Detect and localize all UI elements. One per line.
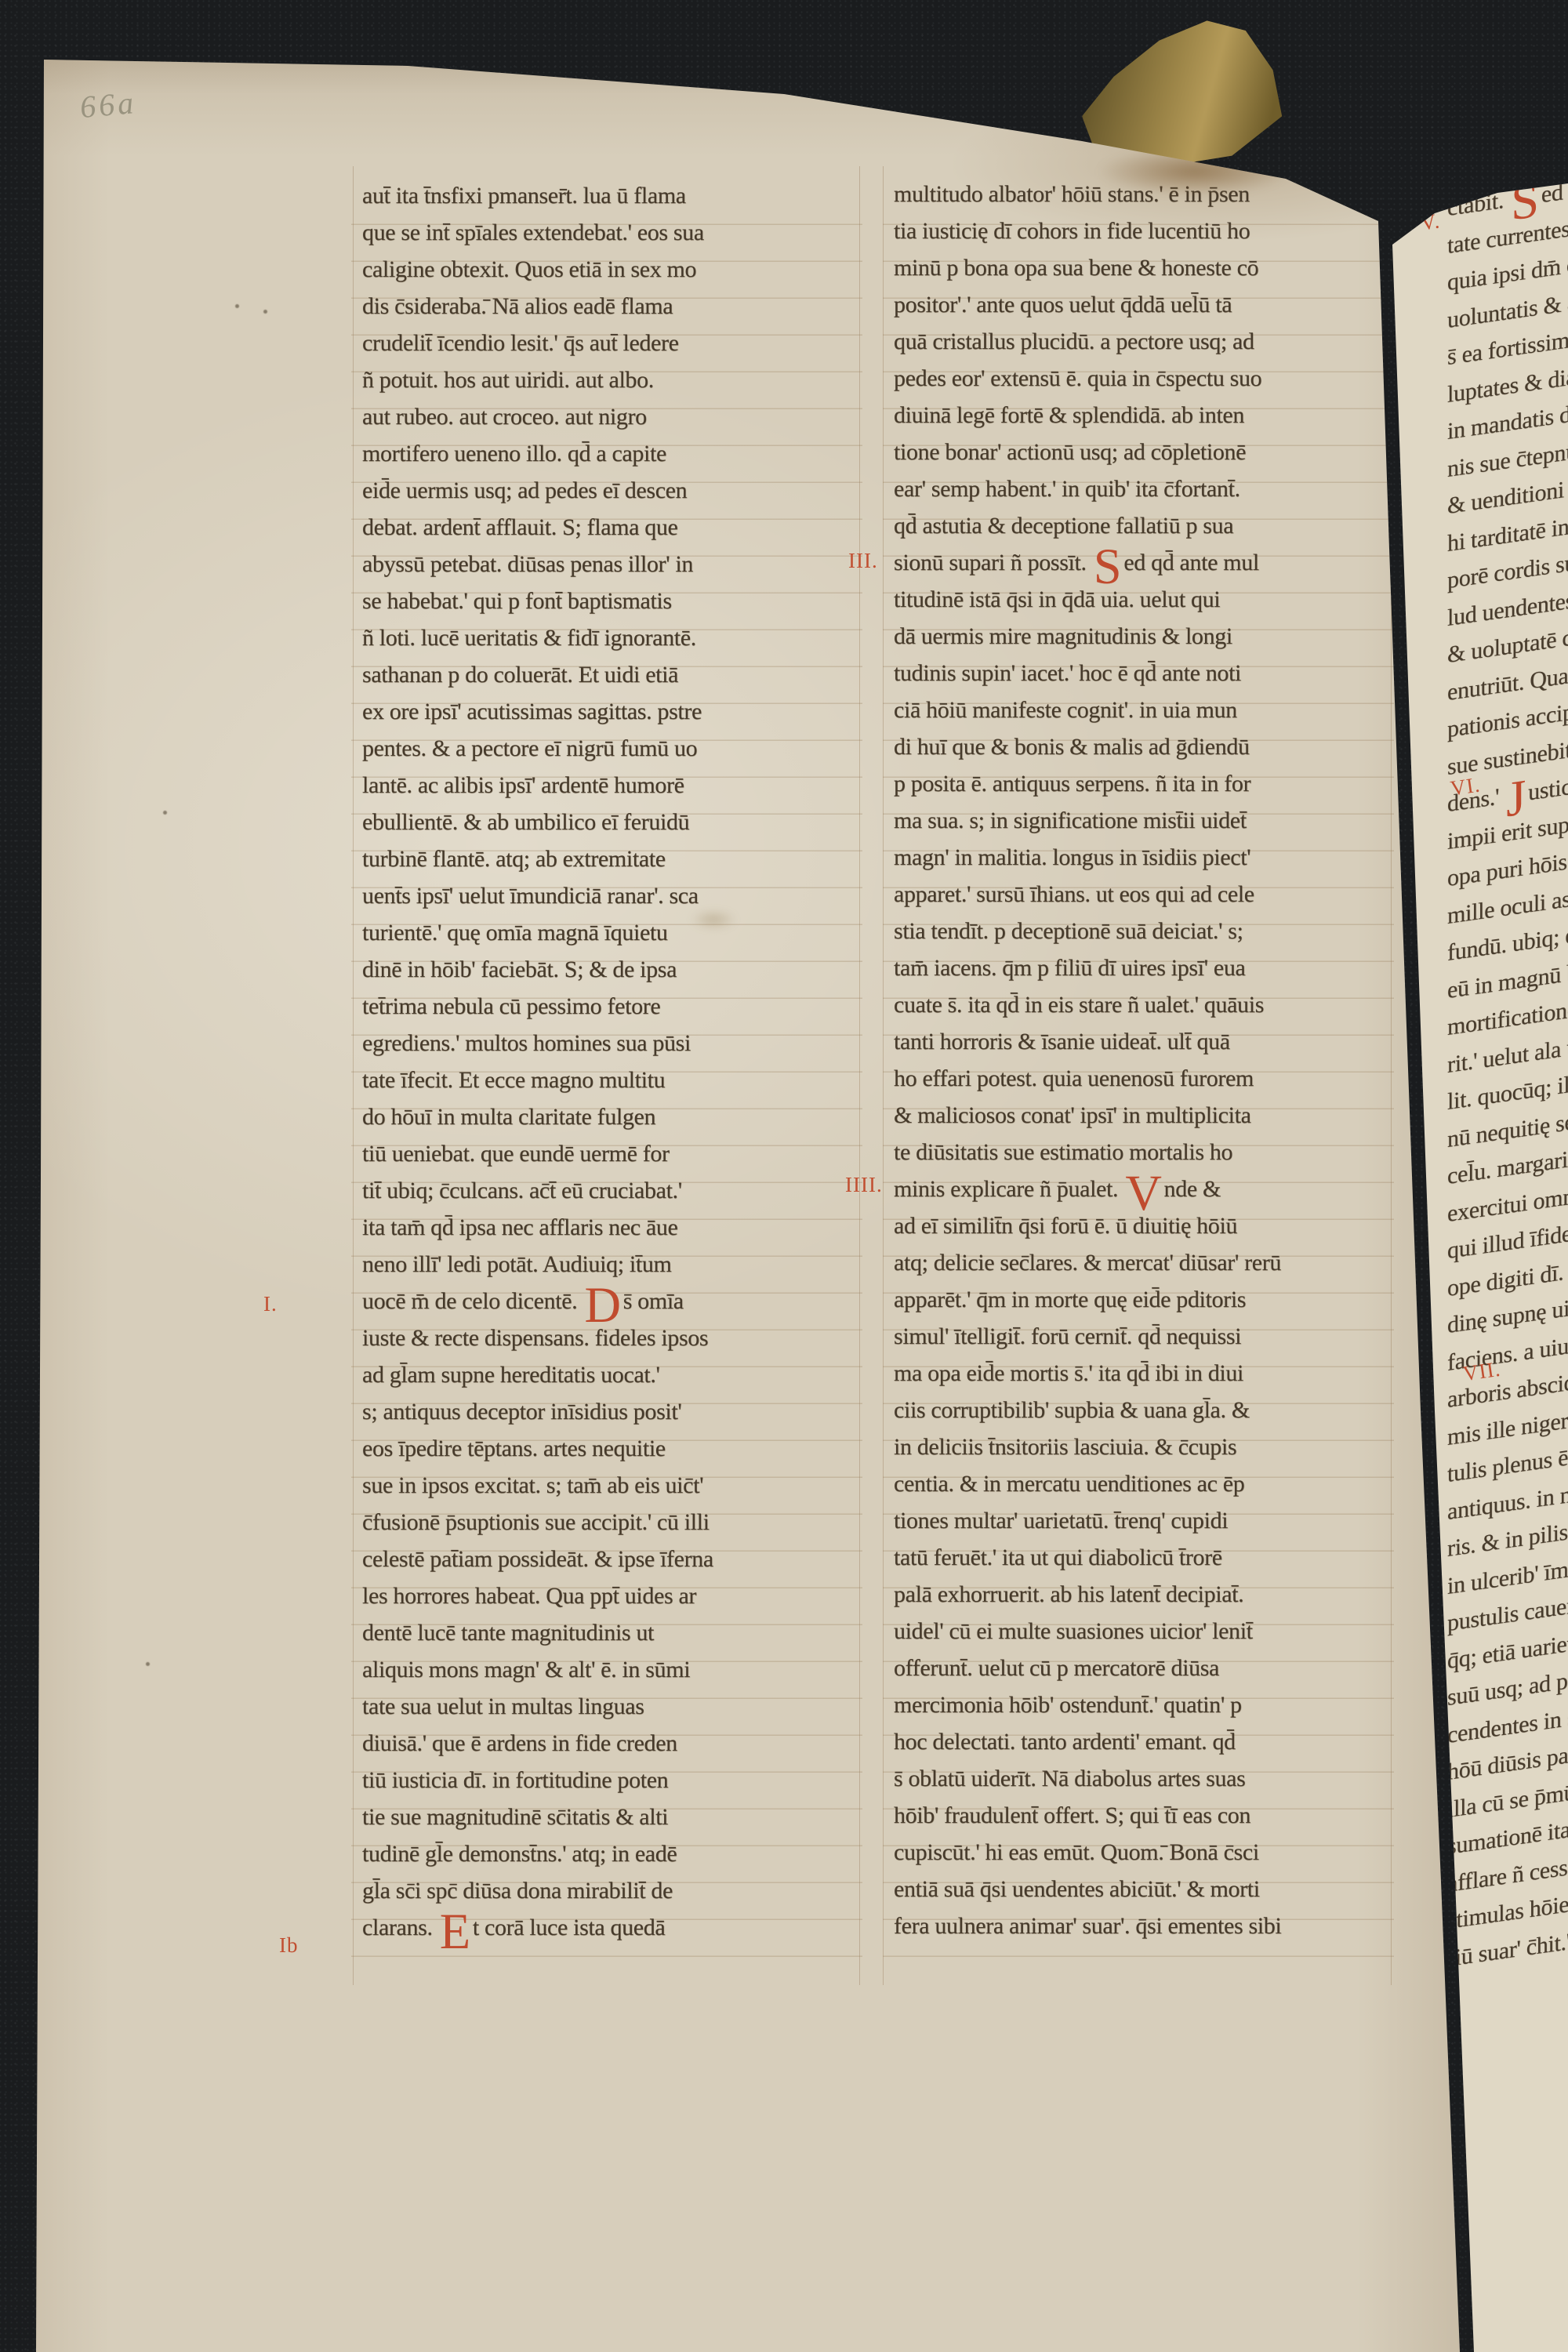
vertical-ruling — [353, 166, 354, 1985]
text-line: dinē in hōib' faciebāt. S; & de ipsa — [362, 951, 870, 988]
text-line: tione bonar' actionū usq; ad cōpletionē — [894, 434, 1402, 470]
text-line: tiones multar' uarietatū. t̄renq' cupidi — [894, 1502, 1402, 1539]
text-line: gl̄a sc̄i spc̄ diūsa dona mirabilit̄ de — [362, 1872, 870, 1909]
text-line: tudinē gl̄e demonst̄ns.' atq; in eadē — [362, 1835, 870, 1872]
text-line: egrediens.' multos homines sua pūsi — [362, 1025, 870, 1062]
marginal-numeral-i: I. — [263, 1292, 278, 1316]
text-line: lantē. ac alibis ipsī' ardentē humorē — [362, 767, 870, 804]
text-line: positor'.' ante quos uelut q̄ddā uel̄ū t… — [894, 286, 1402, 323]
text-line: crudelit̄ īcendio lesit.' q̄s aut̄ leder… — [362, 325, 870, 361]
speck — [163, 811, 167, 815]
text-line: s; antiquus deceptor inīsidius posit' — [362, 1393, 870, 1430]
text-line: uidel' cū ei multe suasiones uicior' len… — [894, 1613, 1402, 1650]
marginal-numeral-iii: III. — [848, 549, 878, 573]
text-line: minū p bona opa sua bene & honeste cō — [894, 249, 1402, 286]
text-line: di huī que & bonis & malis ad ḡdiendū — [894, 728, 1402, 765]
text-line: abyssū petebat. diūsas penas illor' in — [362, 546, 870, 583]
text-line: quā cristallus plucidū. a pectore usq; a… — [894, 323, 1402, 360]
text-line: ad eī similit̄n q̄si forū ē. ū diuitię h… — [894, 1207, 1402, 1244]
text-line: les horrores habeat. Qua ppt̄ uides ar — [362, 1577, 870, 1614]
text-line: ebullientē. & ab umbilico eī feruidū — [362, 804, 870, 840]
text-line: s̄ oblatū uiderīt. Nā diabolus artes sua… — [894, 1760, 1402, 1797]
speck — [146, 1662, 150, 1666]
text-line: caligine obtexit. Quos etiā in sex mo — [362, 251, 870, 288]
text-line: ita tam̄ qd̄ ipsa nec afflaris nec āue — [362, 1209, 870, 1246]
text-column-1: aut̄ ita t̄nsfixi pmanser̄t. lua ū flama… — [362, 177, 870, 1946]
text-line: sionū supari ñ possīt. Sed qd̄ ante mul — [894, 544, 1402, 581]
left-page: 66a aut̄ ita t̄nsfixi pmanser̄t. lua ū f… — [0, 0, 1568, 2352]
text-line: offerunt̄. uelut cū p mercatorē diūsa — [894, 1650, 1402, 1686]
text-line: c̄fusionē p̄suptionis sue accipit.' cū i… — [362, 1504, 870, 1541]
text-line: tate īfecit. Et ecce magno multitu — [362, 1062, 870, 1098]
text-line: aut̄ ita t̄nsfixi pmanser̄t. lua ū flama — [362, 177, 870, 214]
folio-number: 66a — [78, 84, 138, 125]
text-line: apparet.' sursū īhians. ut eos qui ad ce… — [894, 876, 1402, 913]
text-line: diuinā legē fortē & splendidā. ab inten — [894, 397, 1402, 434]
text-line: clarans. Et corā luce ista quedā — [362, 1909, 870, 1946]
text-line: ma opa eid̄e mortis s̄.' ita qd̄ ibi in … — [894, 1355, 1402, 1392]
text-line: tudinis supin' iacet.' hoc ē qd̄ ante no… — [894, 655, 1402, 691]
marginal-numeral-v: V. — [1419, 209, 1442, 235]
text-line: hōib' fraudulent̄ offert. S; qui t̄ī eas… — [894, 1797, 1402, 1834]
marginal-numeral-iiii: IIII. — [845, 1173, 883, 1197]
text-line: palā exhorruerit. ab his latent̄ decipia… — [894, 1576, 1402, 1613]
text-line: eid̄e uermis usq; ad pedes eī descen — [362, 472, 870, 509]
text-line: ñ loti. lucē ueritatis & fidī ignorantē. — [362, 619, 870, 656]
text-line: tam̄ iacens. q̄m p filiū dī uires ipsī' … — [894, 949, 1402, 986]
text-line: atq; delicie sec̄lares. & mercat' diūsar… — [894, 1244, 1402, 1281]
text-line: tiū ueniebat. que eundē uermē for — [362, 1135, 870, 1172]
text-line: stia tendīt. p deceptionē suā deiciat.' … — [894, 913, 1402, 949]
manuscript-page-photo: 66a aut̄ ita t̄nsfixi pmanser̄t. lua ū f… — [0, 0, 1568, 2352]
text-line: sathanan p do coluerāt. Et uidi etiā — [362, 656, 870, 693]
text-line: dis c̄sideraba.̄ Nā alios eadē flama — [362, 288, 870, 325]
marginal-numeral-vi: VI. — [1449, 772, 1482, 800]
text-line: qd̄ astutia & deceptione fallatiū p sua — [894, 507, 1402, 544]
text-line: hoc delectati. tanto ardenti' emant. qd̄ — [894, 1723, 1402, 1760]
text-line: tit̄ ubiq; c̄culcans. ac̄t̄ eū cruciabat… — [362, 1172, 870, 1209]
text-line: magn' in malitia. longus in īsidiis piec… — [894, 839, 1402, 876]
text-line: tate sua uelut in multas linguas — [362, 1688, 870, 1725]
text-line: diuisā.' que ē ardens in fide creden — [362, 1725, 870, 1762]
text-line: cuate s̄. ita qd̄ in eis stare ñ ualet.'… — [894, 986, 1402, 1023]
text-line: ciā hōiū manifeste cognit'. in uia mun — [894, 691, 1402, 728]
marginal-numeral-ib: Ib — [279, 1933, 299, 1958]
text-line: ad gl̄am supne hereditatis uocat.' — [362, 1356, 870, 1393]
text-line: iuste & recte dispensans. fideles ipsos — [362, 1319, 870, 1356]
text-line: que se int̄ spīales extendebat.' eos sua — [362, 214, 870, 251]
stain — [690, 909, 737, 930]
text-line: ex ore ipsī' acutissimas sagittas. pstre — [362, 693, 870, 730]
facing-page-text: c̄tabit. Sed ibitate currentes. rquia ip… — [1447, 165, 1568, 1977]
text-column-2: multitudo albator' hōiū stans.' ē in p̄s… — [894, 176, 1402, 1944]
text-line: celestē pat̄iam possideāt. & ipse īferna — [362, 1541, 870, 1577]
text-line: se habebat.' qui p font̄ baptismatis — [362, 583, 870, 619]
text-line: tie sue magnitudinē sc̄itatis & alti — [362, 1798, 870, 1835]
text-line: & maliciosos conat' ipsī' in multiplicit… — [894, 1097, 1402, 1134]
text-line: tia iusticię dī cohors in fide lucentiū … — [894, 212, 1402, 249]
text-line: uocē m̄ de celo dicentē. Ds̄ omīa — [362, 1283, 870, 1319]
text-line: do hōuī in multa claritate fulgen — [362, 1098, 870, 1135]
text-line: mortifero ueneno illo. qd̄ a capite — [362, 435, 870, 472]
text-line: minis explicare ñ p̄ualet. Vnde & — [894, 1171, 1402, 1207]
speck — [263, 310, 267, 314]
text-line: cupiscūt.' hi eas emūt. Quom.̄ Bonā c̄sc… — [894, 1834, 1402, 1871]
text-line: tatū feruēt.' ita ut qui diabolicū t̄ror… — [894, 1539, 1402, 1576]
text-line: pentes. & a pectore eī nigrū fumū uo — [362, 730, 870, 767]
text-line: eos īpedire tēptans. artes nequitie — [362, 1430, 870, 1467]
text-line: simul' ītelligit̄. forū cernit̄. qd̄ neq… — [894, 1318, 1402, 1355]
text-line: sue in ipsos excitat. s; tam̄ ab eis uic… — [362, 1467, 870, 1504]
text-line: pedes eor' extensū ē. quia in c̄spectu s… — [894, 360, 1402, 397]
text-line: dā uermis mire magnitudinis & longi — [894, 618, 1402, 655]
text-line: apparēt.' q̄m in morte quę eid̄e pditori… — [894, 1281, 1402, 1318]
rubric-initial: E — [440, 1904, 470, 1959]
text-line: dentē lucē tante magnitudinis ut — [362, 1614, 870, 1651]
text-line: mercimonia hōib' ostendunt̄.' quatin' p — [894, 1686, 1402, 1723]
vertical-ruling — [883, 166, 884, 1985]
text-line: tanti horroris & īsanie uideat̄. ult̄ qu… — [894, 1023, 1402, 1060]
text-line: ma sua. s; in significatione mist̄ii uid… — [894, 802, 1402, 839]
text-line: ho effari potest. quia uenenosū furorem — [894, 1060, 1402, 1097]
text-line: uent̄s ipsī' uelut īmundiciā ranar'. sca — [362, 877, 870, 914]
text-line: entiā suā q̄si uendentes abiciūt.' & mor… — [894, 1871, 1402, 1907]
text-line: tet̄rima nebula cū pessimo fetore — [362, 988, 870, 1025]
text-line: centia. & in mercatu uenditiones ac ēp — [894, 1465, 1402, 1502]
speck — [235, 304, 239, 308]
text-line: debat. ardent̄ afflauit. S; flama que — [362, 509, 870, 546]
text-line: ciis corruptibilib' supbia & uana gl̄a. … — [894, 1392, 1402, 1428]
text-line: fera uulnera animar' suar'. q̄si ementes… — [894, 1907, 1402, 1944]
text-line: turbinē flantē. atq; ab extremitate — [362, 840, 870, 877]
text-line: p posita ē. antiquus serpens. ñ ita in f… — [894, 765, 1402, 802]
text-line: aliquis mons magn' & alt' ē. in sūmi — [362, 1651, 870, 1688]
text-line: ear' semp habent.' in quib' ita c̄fortan… — [894, 470, 1402, 507]
text-line: in deliciis t̄nsitoriis lasciuia. & c̄cu… — [894, 1428, 1402, 1465]
text-line: titudinē istā q̄si in q̄dā uia. uelut qu… — [894, 581, 1402, 618]
text-line: aut rubeo. aut croceo. aut nigro — [362, 398, 870, 435]
text-line: ñ potuit. hos aut uiridi. aut albo. — [362, 361, 870, 398]
text-line: tiū iusticia dī. in fortitudine poten — [362, 1762, 870, 1798]
text-line: turientē.' quę omīa magnā īquietu — [362, 914, 870, 951]
